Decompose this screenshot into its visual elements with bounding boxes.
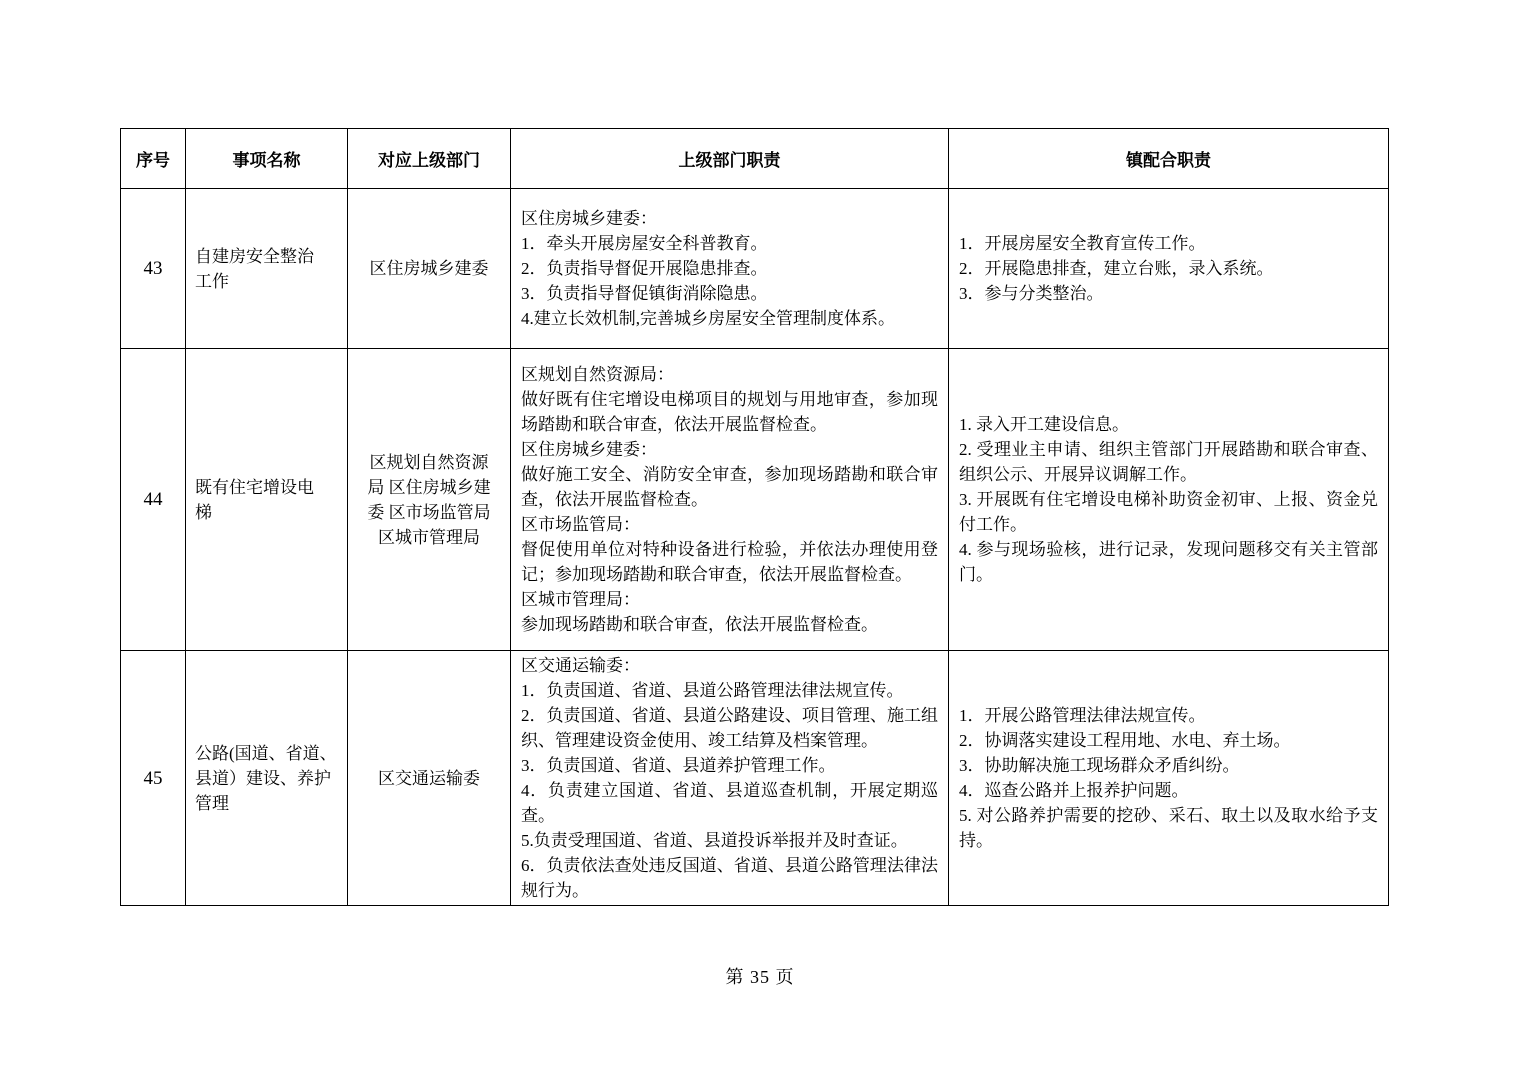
row-departments-cell: 区规划自然资源 局 区住房城乡建 委 区市场监管局 区城市管理局	[348, 349, 511, 651]
duty-paragraph: 1．开展房屋安全教育宣传工作。	[959, 231, 1378, 256]
row-item-name-cell: 既有住宅增设电 梯	[186, 349, 348, 651]
row-seq-cell: 43	[121, 189, 186, 349]
duty-paragraph: 4．巡查公路并上报养护问题。	[959, 778, 1378, 803]
duty-paragraph: 1．负责国道、省道、县道公路管理法律法规宣传。	[521, 678, 938, 703]
header-superior-department: 对应上级部门	[348, 129, 511, 189]
table-row: 45公路(国道、省道、 县道）建设、养护 管理区交通运输委区交通运输委：1．负责…	[121, 651, 1389, 906]
header-town-duties: 镇配合职责	[949, 129, 1389, 189]
row-item-name-cell: 公路(国道、省道、 县道）建设、养护 管理	[186, 651, 348, 906]
row-town-duties-cell: 1．开展公路管理法律法规宣传。2．协调落实建设工程用地、水电、弃土场。3．协助解…	[949, 651, 1389, 906]
row-superior-duties-cell: 区交通运输委：1．负责国道、省道、县道公路管理法律法规宣传。2．负责国道、省道、…	[511, 651, 949, 906]
row-town-duties-cell: 1．开展房屋安全教育宣传工作。2．开展隐患排查，建立台账，录入系统。3．参与分类…	[949, 189, 1389, 349]
duty-paragraph: 5.负责受理国道、省道、县道投诉举报并及时查证。	[521, 828, 938, 853]
duty-paragraph: 2．负责指导督促开展隐患排查。	[521, 256, 938, 281]
duty-paragraph: 4.建立长效机制,完善城乡房屋安全管理制度体系。	[521, 306, 938, 331]
duty-paragraph: 做好既有住宅增设电梯项目的规划与用地审查，参加现场踏勘和联合审查，依法开展监督检…	[521, 387, 938, 437]
duty-paragraph: 区城市管理局：	[521, 587, 938, 612]
duty-paragraph: 2．负责国道、省道、县道公路建设、项目管理、施工组织、管理建设资金使用、竣工结算…	[521, 703, 938, 753]
duty-paragraph: 督促使用单位对特种设备进行检验，并依法办理使用登记；参加现场踏勘和联合审查，依法…	[521, 537, 938, 587]
duty-paragraph: 2. 受理业主申请、组织主管部门开展踏勘和联合审查、组织公示、开展异议调解工作。	[959, 437, 1378, 487]
duty-paragraph: 4. 参与现场验核，进行记录，发现问题移交有关主管部门。	[959, 537, 1378, 587]
duty-paragraph: 区交通运输委：	[521, 653, 938, 678]
row-seq-cell: 44	[121, 349, 186, 651]
row-item-name-cell: 自建房安全整治 工作	[186, 189, 348, 349]
duty-paragraph: 5. 对公路养护需要的挖砂、采石、取土以及取水给予支持。	[959, 803, 1378, 853]
row-departments-cell: 区住房城乡建委	[348, 189, 511, 349]
duty-paragraph: 区住房城乡建委：	[521, 206, 938, 231]
page-number: 第 35 页	[0, 963, 1520, 989]
duty-paragraph: 区市场监管局：	[521, 512, 938, 537]
row-seq-cell: 45	[121, 651, 186, 906]
duty-paragraph: 6．负责依法查处违反国道、省道、县道公路管理法律法规行为。	[521, 853, 938, 903]
header-seq: 序号	[121, 129, 186, 189]
row-superior-duties-cell: 区规划自然资源局：做好既有住宅增设电梯项目的规划与用地审查，参加现场踏勘和联合审…	[511, 349, 949, 651]
header-item-name: 事项名称	[186, 129, 348, 189]
duty-paragraph: 1．开展公路管理法律法规宣传。	[959, 703, 1378, 728]
duty-paragraph: 区规划自然资源局：	[521, 362, 938, 387]
row-superior-duties-cell: 区住房城乡建委：1．牵头开展房屋安全科普教育。2．负责指导督促开展隐患排查。3．…	[511, 189, 949, 349]
header-superior-duties: 上级部门职责	[511, 129, 949, 189]
duty-paragraph: 参加现场踏勘和联合审查，依法开展监督检查。	[521, 612, 938, 637]
table-row: 44既有住宅增设电 梯区规划自然资源 局 区住房城乡建 委 区市场监管局 区城市…	[121, 349, 1389, 651]
document-page: 序号 事项名称 对应上级部门 上级部门职责 镇配合职责 43自建房安全整治 工作…	[0, 0, 1520, 1074]
duty-paragraph: 2．协调落实建设工程用地、水电、弃土场。	[959, 728, 1378, 753]
row-town-duties-cell: 1. 录入开工建设信息。2. 受理业主申请、组织主管部门开展踏勘和联合审查、组织…	[949, 349, 1389, 651]
table-row: 43自建房安全整治 工作区住房城乡建委区住房城乡建委：1．牵头开展房屋安全科普教…	[121, 189, 1389, 349]
duty-paragraph: 做好施工安全、消防安全审查，参加现场踏勘和联合审查，依法开展监督检查。	[521, 462, 938, 512]
duty-paragraph: 3．负责指导督促镇街消除隐患。	[521, 281, 938, 306]
duty-paragraph: 3．协助解决施工现场群众矛盾纠纷。	[959, 753, 1378, 778]
duty-paragraph: 区住房城乡建委：	[521, 437, 938, 462]
duty-paragraph: 3．参与分类整治。	[959, 281, 1378, 306]
duty-table: 序号 事项名称 对应上级部门 上级部门职责 镇配合职责 43自建房安全整治 工作…	[120, 128, 1389, 906]
duty-paragraph: 1. 录入开工建设信息。	[959, 412, 1378, 437]
duty-paragraph: 3. 开展既有住宅增设电梯补助资金初审、上报、资金兑付工作。	[959, 487, 1378, 537]
duty-paragraph: 1．牵头开展房屋安全科普教育。	[521, 231, 938, 256]
duty-paragraph: 3．负责国道、省道、县道养护管理工作。	[521, 753, 938, 778]
table-header-row: 序号 事项名称 对应上级部门 上级部门职责 镇配合职责	[121, 129, 1389, 189]
table-body: 43自建房安全整治 工作区住房城乡建委区住房城乡建委：1．牵头开展房屋安全科普教…	[121, 189, 1389, 906]
duty-paragraph: 4．负责建立国道、省道、县道巡查机制，开展定期巡查。	[521, 778, 938, 828]
duty-paragraph: 2．开展隐患排查，建立台账，录入系统。	[959, 256, 1378, 281]
row-departments-cell: 区交通运输委	[348, 651, 511, 906]
